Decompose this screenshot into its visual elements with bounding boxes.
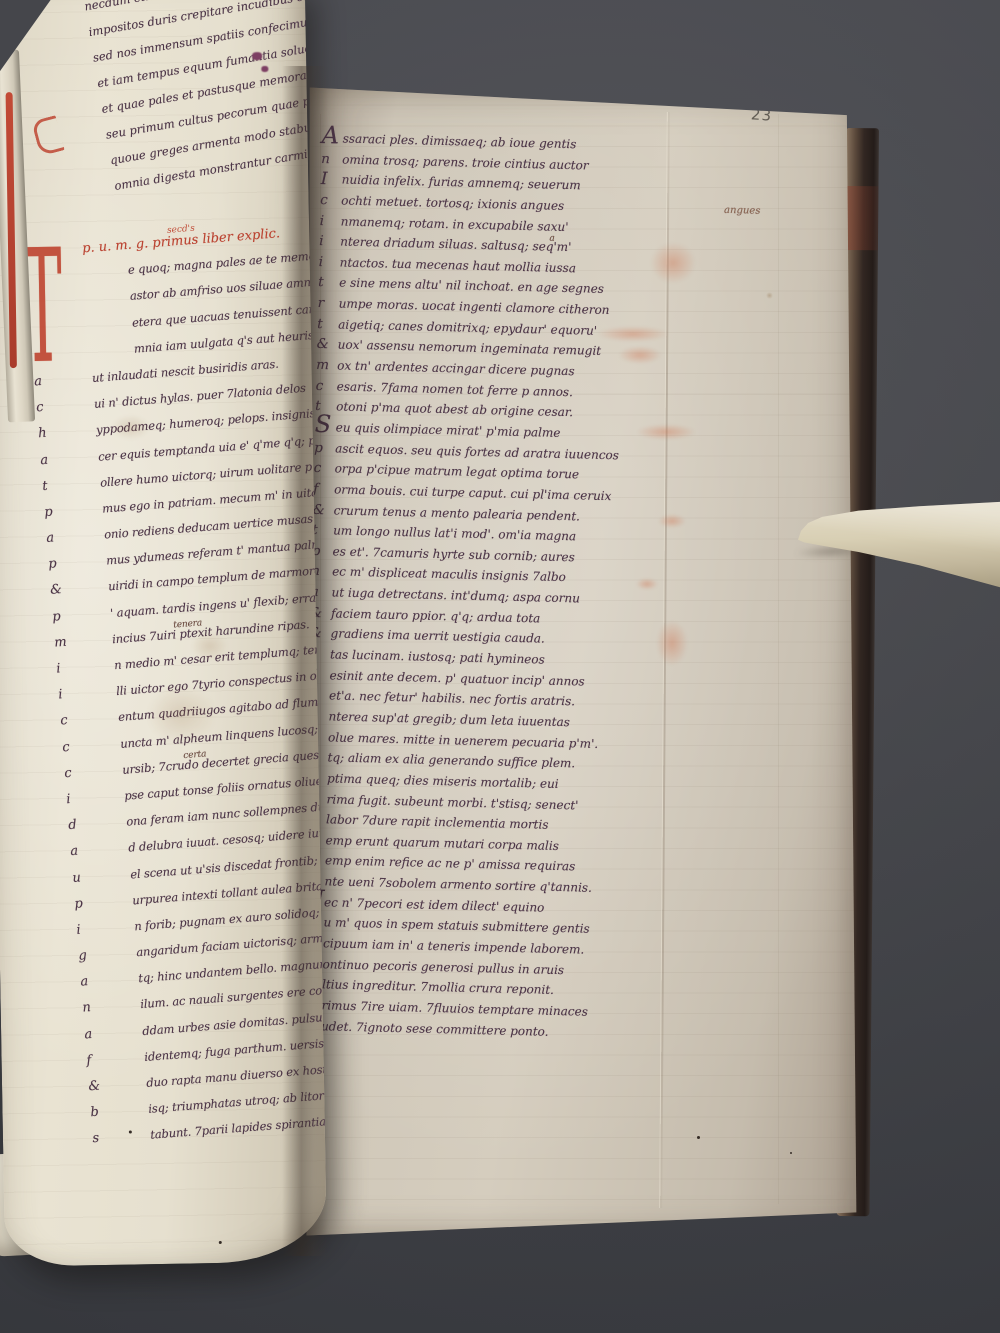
purple-ink-blot <box>252 52 262 60</box>
fly-speck <box>219 1241 222 1244</box>
fore-edge-red-tinge <box>845 186 879 250</box>
manuscript-left-page: necdum etiam audierant inflari classica … <box>0 0 327 1267</box>
fly-speck <box>129 1130 132 1133</box>
margin-gloss: angues <box>724 201 761 223</box>
fly-speck <box>697 1136 700 1139</box>
book3-lines: e quoq; magna pales ae te memorande cane… <box>19 242 327 1153</box>
interlinear-gloss: a <box>549 229 555 250</box>
red-initial-edge-stroke <box>6 92 17 368</box>
gutter-shadow <box>282 66 328 1256</box>
right-page-text-column: A ssaraci ples. dimissaeq; ab ioue genti… <box>302 128 822 1048</box>
manuscript-right-page: 23 A ssaraci ples. dimissaeq; ab ioue ge… <box>302 84 858 1239</box>
interlinear-gloss: certa <box>182 741 207 769</box>
interlinear-gloss: tenera <box>172 610 203 638</box>
rubric-correction: secd's <box>166 216 196 244</box>
purple-ink-blot <box>261 66 268 72</box>
left-page-text-column: secd's p. u. m. g. primus liber explic. … <box>17 216 327 1153</box>
verse-text: udet. 7ignoto sese committere ponto. <box>321 1016 549 1042</box>
marginal-initial: s <box>86 1122 152 1153</box>
folio-number: 23 <box>750 105 772 124</box>
fly-speck <box>790 1152 792 1154</box>
left-page-top-text: necdum etiam audierant inflari classica … <box>19 0 327 209</box>
